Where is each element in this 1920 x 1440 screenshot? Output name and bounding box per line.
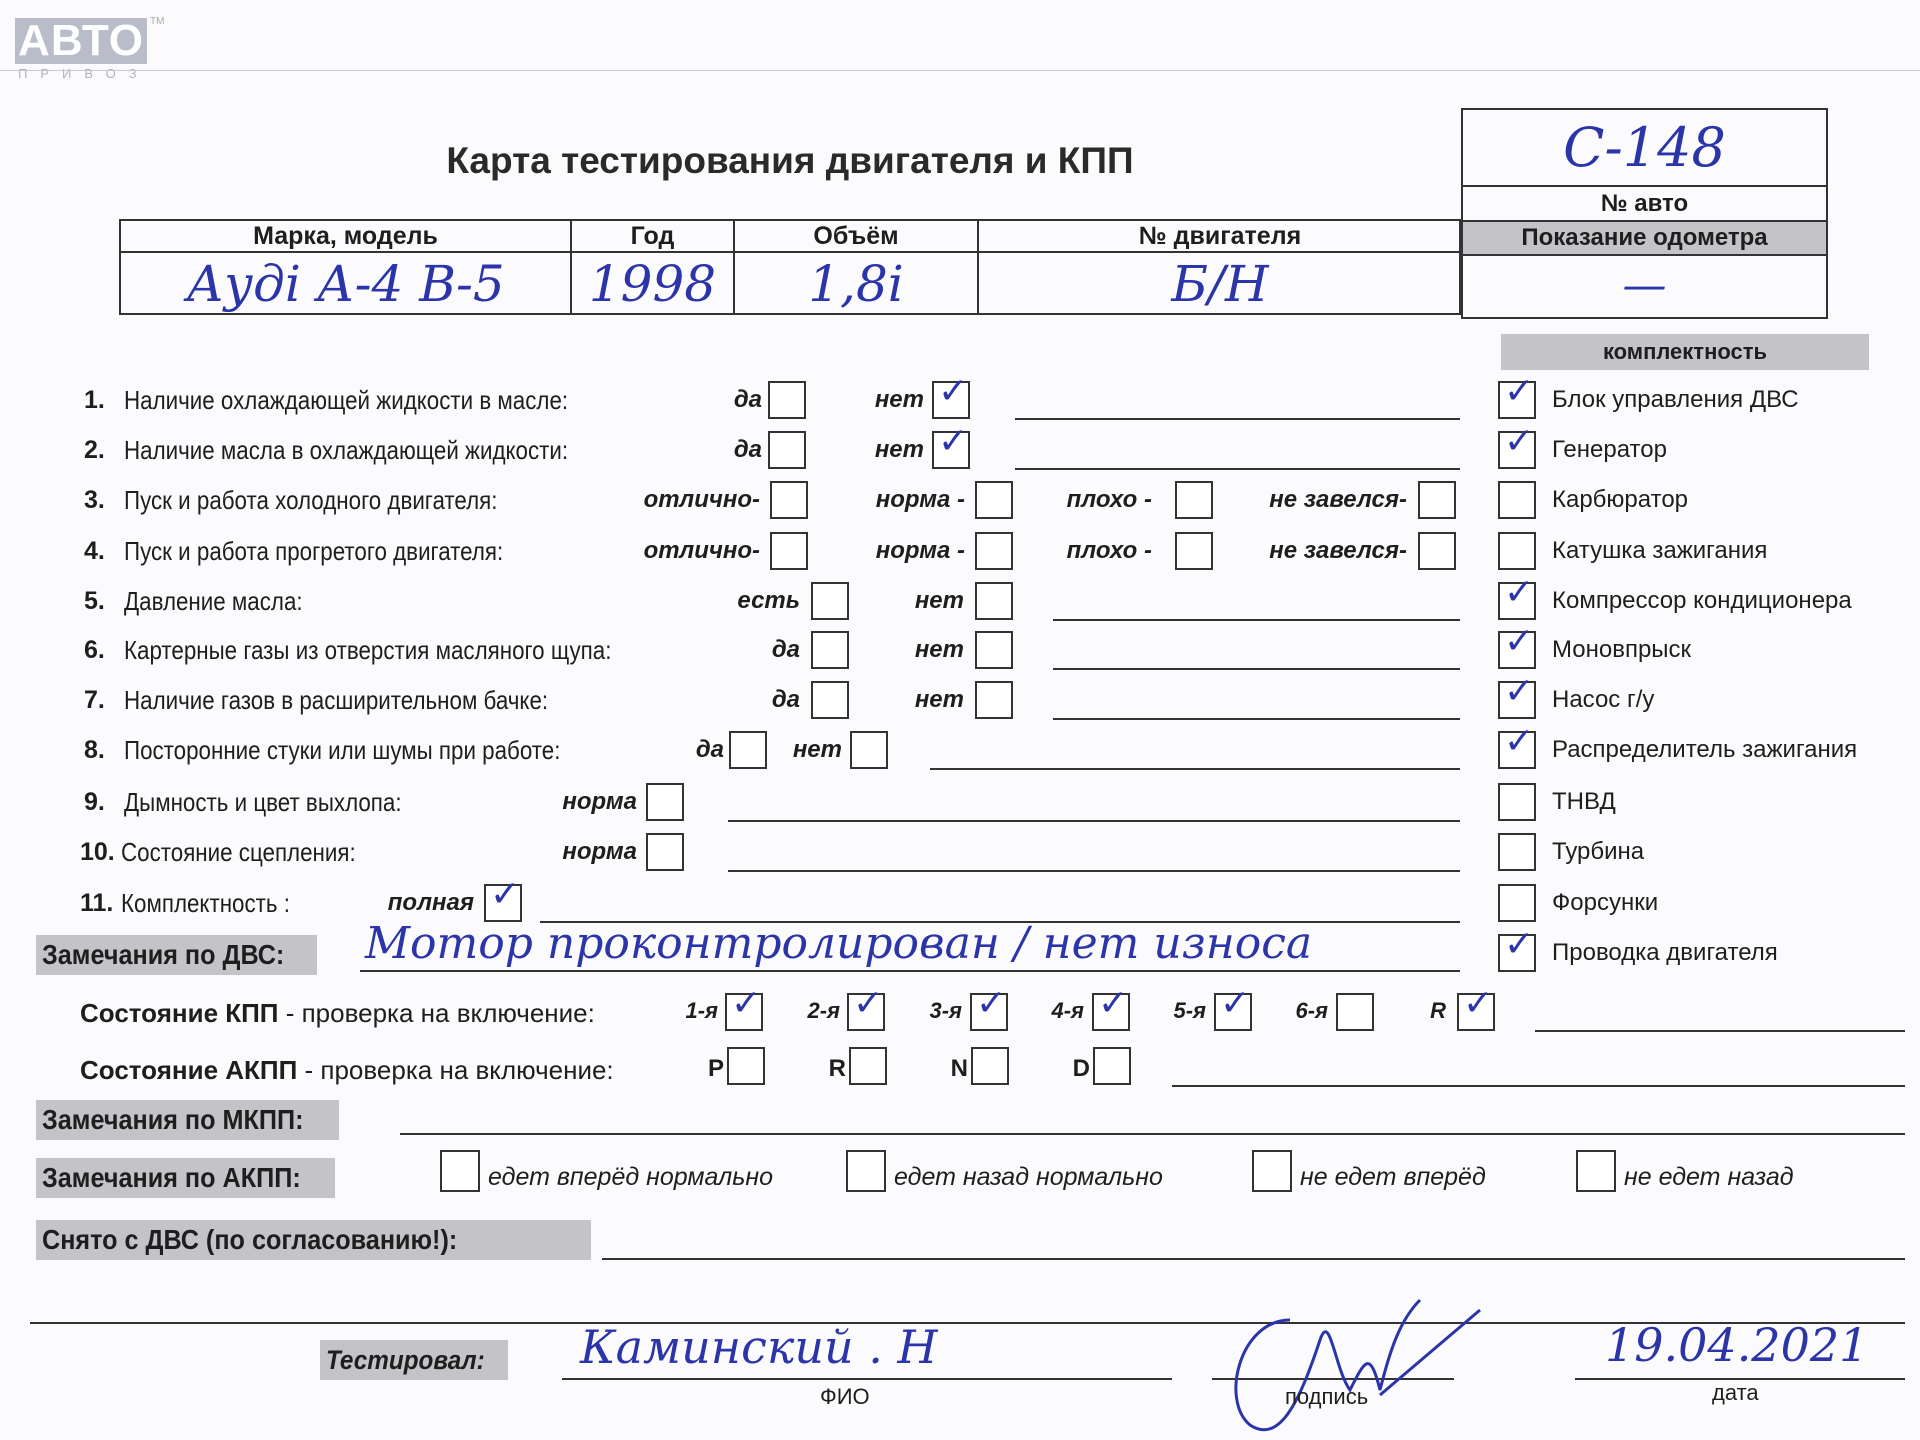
komplektnost-label: Катушка зажигания [1552,537,1767,565]
question-number: 1. [84,386,105,415]
check-mark-icon: ✓ [1504,727,1534,757]
komplektnost-checkbox[interactable]: ✓ [1498,431,1536,469]
komplektnost-label: Турбина [1552,838,1644,866]
kpp-line [1535,1030,1905,1032]
remarks-mkpp-field[interactable] [400,1133,1905,1135]
question-note-field[interactable] [1015,468,1460,470]
option-checkbox[interactable] [646,783,684,821]
option-label: нет [875,386,924,414]
check-mark-icon: ✓ [1463,989,1493,1019]
column-label: Объём [735,221,977,253]
trademark: TM [150,16,164,27]
option-checkbox[interactable] [770,532,808,570]
komplektnost-checkbox[interactable]: ✓ [1498,582,1536,620]
option-checkbox[interactable] [1175,532,1213,570]
gear-checkbox[interactable]: ✓ [1092,993,1130,1031]
remarks-dvs-line [360,970,1460,972]
remarks-mkpp-label: Замечания по МКПП: [36,1100,339,1140]
question-text: Состояние сцепления: [121,837,356,868]
gear-checkbox[interactable]: ✓ [1457,993,1495,1031]
mode-label: P [708,1055,724,1083]
komplektnost-label: Карбюратор [1552,486,1688,514]
option-label: да [734,436,762,464]
option-label: нет [915,686,964,714]
option-checkbox[interactable] [1418,481,1456,519]
option-label: плохо - [1067,486,1152,514]
remarks-akpp-label: Замечания по АКПП: [36,1158,335,1198]
fio-caption: ФИО [820,1384,870,1410]
komplektnost-label: Распределитель зажигания [1552,736,1857,764]
komplektnost-checkbox[interactable] [1498,481,1536,519]
question-text: Наличие охлаждающей жидкости в масле: [124,385,568,416]
gear-label: 2-я [807,998,840,1024]
remarks-dvs-label: Замечания по ДВС: [36,935,317,975]
mode-checkbox[interactable] [727,1047,765,1085]
date-field[interactable]: 19.04.2021 [1605,1318,1868,1372]
option-label: норма - [876,537,965,565]
odometer-field[interactable]: — [1463,256,1826,316]
mode-label: R [829,1055,846,1083]
check-mark-icon: ✓ [1220,989,1250,1019]
mode-checkbox[interactable] [1093,1047,1131,1085]
question-text: Наличие масла в охлаждающей жидкости: [124,435,568,466]
gear-checkbox[interactable] [1336,993,1374,1031]
logo-subtitle: ПРИВОЗ [18,66,150,81]
question-text: Картерные газы из отверстия масляного щу… [124,635,611,666]
gear-checkbox[interactable]: ✓ [847,993,885,1031]
volume-field[interactable]: 1,8i [735,253,977,315]
gear-checkbox[interactable]: ✓ [970,993,1008,1031]
option-checkbox[interactable] [975,481,1013,519]
option-checkbox[interactable] [975,631,1013,669]
column-volume: Объём 1,8i [735,221,979,313]
gear-checkbox[interactable]: ✓ [725,993,763,1031]
option-label: да [734,386,762,414]
komplektnost-checkbox[interactable]: ✓ [1498,731,1536,769]
komplektnost-checkbox[interactable]: ✓ [1498,934,1536,972]
option-checkbox[interactable] [768,381,806,419]
option-checkbox[interactable] [811,582,849,620]
mode-checkbox[interactable] [971,1047,1009,1085]
vehicle-info-table: Марка, модель Ауді А-4 В-5 Год 1998 Объё… [119,219,1461,315]
option-label: нет [793,736,842,764]
akpp-line [1172,1085,1905,1087]
question-text: Давление масла: [124,586,303,617]
komplektnost-checkbox[interactable] [1498,532,1536,570]
komplektnost-label: Проводка двигателя [1552,939,1778,967]
option-label: нет [915,636,964,664]
akpp-remark-label: не едет вперёд [1300,1163,1486,1192]
check-mark-icon: ✓ [938,377,968,407]
question-number: 9. [84,788,105,817]
option-checkbox[interactable]: ✓ [484,884,522,922]
question-number: 8. [84,736,105,765]
gear-label: 4-я [1051,998,1084,1024]
date-caption: дата [1712,1380,1759,1406]
question-number: 5. [84,587,105,616]
komplektnost-checkbox[interactable]: ✓ [1498,631,1536,669]
akpp-remark-checkbox[interactable] [440,1150,480,1192]
question-note-field[interactable] [1053,619,1460,621]
column-label: Марка, модель [121,221,570,253]
gear-checkbox[interactable]: ✓ [1214,993,1252,1031]
odometer-label: Показание одометра [1463,222,1826,256]
option-label: не завелся- [1269,486,1407,514]
question-text: Пуск и работа холодного двигателя: [124,485,497,516]
question-note-field[interactable] [728,870,1460,872]
question-number: 4. [84,537,105,566]
option-checkbox[interactable] [768,431,806,469]
question-note-field[interactable] [728,820,1460,822]
option-checkbox[interactable] [1175,481,1213,519]
question-text: Пуск и работа прогретого двигателя: [124,536,503,567]
question-number: 6. [84,636,105,665]
mode-label: D [1073,1055,1090,1083]
check-mark-icon: ✓ [1504,578,1534,608]
akpp-remark-label: едет назад нормально [894,1163,1163,1192]
option-label: норма [562,788,637,816]
option-checkbox[interactable]: ✓ [932,381,970,419]
option-checkbox[interactable]: ✓ [932,431,970,469]
option-checkbox[interactable] [975,582,1013,620]
gear-label: 6-я [1295,998,1328,1024]
check-mark-icon: ✓ [1504,677,1534,707]
mode-checkbox[interactable] [849,1047,887,1085]
make-model-field[interactable]: Ауді А-4 В-5 [121,253,570,315]
question-note-field[interactable] [930,768,1460,770]
check-mark-icon: ✓ [1504,427,1534,457]
option-checkbox[interactable] [729,731,767,769]
mode-label: N [951,1055,968,1083]
question-number: 3. [84,486,105,515]
akpp-remark-checkbox[interactable] [1576,1150,1616,1192]
signature-mark [1180,1280,1560,1440]
option-label: норма [562,838,637,866]
option-checkbox[interactable] [646,833,684,871]
akpp-remark-label: едет вперёд нормально [488,1163,773,1192]
column-make-model: Марка, модель Ауді А-4 В-5 [121,221,572,313]
column-label: Год [572,221,733,253]
option-label: есть [737,587,800,615]
header-divider [0,70,1920,71]
question-text: Дымность и цвет выхлопа: [124,787,402,818]
option-label: нет [875,436,924,464]
question-number: 11. [80,889,113,918]
option-checkbox[interactable] [975,532,1013,570]
komplektnost-label: Генератор [1552,436,1667,464]
vehicle-box: С-148 № авто Показание одометра — [1461,108,1828,319]
page-title: Карта тестирования двигателя и КПП [380,140,1200,182]
option-label: отлично- [644,537,760,565]
komplektnost-label: Насос г/у [1552,686,1654,714]
check-mark-icon: ✓ [938,427,968,457]
option-label: норма - [876,486,965,514]
question-note-field[interactable] [1053,718,1460,720]
car-number-label: № авто [1463,187,1826,222]
option-checkbox[interactable] [770,481,808,519]
check-mark-icon: ✓ [976,989,1006,1019]
check-mark-icon: ✓ [1504,627,1534,657]
question-number: 2. [84,436,105,465]
option-checkbox[interactable] [850,731,888,769]
komplektnost-label: Компрессор кондиционера [1552,587,1852,615]
question-note-field[interactable] [1053,668,1460,670]
check-mark-icon: ✓ [490,880,520,910]
check-mark-icon: ✓ [731,989,761,1019]
engine-number-field[interactable]: Б/Н [979,253,1461,315]
option-checkbox[interactable] [811,681,849,719]
tested-label: Тестировал: [320,1340,508,1380]
question-note-field[interactable] [1015,418,1460,420]
question-text: Комплектность : [121,888,290,919]
logo: АВТО [15,18,147,64]
check-mark-icon: ✓ [853,989,883,1019]
column-label: № двигателя [979,221,1461,253]
option-label: плохо - [1067,537,1152,565]
komplektnost-label: Блок управления ДВС [1552,386,1799,414]
fio-field[interactable]: Каминский . Н [580,1320,938,1374]
akpp-remark-checkbox[interactable] [846,1150,886,1192]
komplektnost-header: комплектность [1501,334,1869,370]
komplektnost-checkbox[interactable] [1498,884,1536,922]
option-checkbox[interactable] [975,681,1013,719]
option-checkbox[interactable] [811,631,849,669]
check-mark-icon: ✓ [1504,377,1534,407]
option-label: полная [388,889,474,917]
komplektnost-label: Моновпрыск [1552,636,1691,664]
option-label: нет [915,587,964,615]
option-label: да [772,686,800,714]
option-label: да [696,736,724,764]
question-text: Наличие газов в расширительном бачке: [124,685,548,716]
question-text: Посторонние стуки или шумы при работе: [124,735,560,766]
car-number-field[interactable]: С-148 [1463,110,1826,187]
akpp-title: Состояние АКПП - проверка на включение: [80,1055,614,1086]
question-number: 10. [80,838,115,867]
removed-label: Снято с ДВС (по согласованию!): [36,1220,591,1260]
option-label: не завелся- [1269,537,1407,565]
year-field[interactable]: 1998 [572,253,733,315]
komplektnost-label: ТНВД [1552,788,1616,816]
fio-line [562,1378,1172,1380]
option-checkbox[interactable] [1418,532,1456,570]
gear-label: 1-я [685,998,718,1024]
remarks-dvs-field[interactable]: Мотор проконтролирован / нет износа [365,918,1312,969]
gear-label: R [1430,998,1446,1024]
gear-label: 5-я [1173,998,1206,1024]
question-number: 7. [84,686,105,715]
column-year: Год 1998 [572,221,735,313]
option-label: да [772,636,800,664]
removed-field[interactable] [602,1258,1905,1260]
komplektnost-checkbox[interactable]: ✓ [1498,381,1536,419]
signature-caption: подпись [1285,1384,1368,1410]
komplektnost-checkbox[interactable] [1498,783,1536,821]
gear-label: 3-я [929,998,962,1024]
akpp-remark-label: не едет назад [1624,1163,1794,1192]
komplektnost-label: Форсунки [1552,889,1658,917]
check-mark-icon: ✓ [1098,989,1128,1019]
akpp-remark-checkbox[interactable] [1252,1150,1292,1192]
option-label: отлично- [644,486,760,514]
kpp-title: Состояние КПП - проверка на включение: [80,998,595,1029]
komplektnost-checkbox[interactable] [1498,833,1536,871]
komplektnost-checkbox[interactable]: ✓ [1498,681,1536,719]
check-mark-icon: ✓ [1504,930,1534,960]
column-engine-number: № двигателя Б/Н [979,221,1461,313]
